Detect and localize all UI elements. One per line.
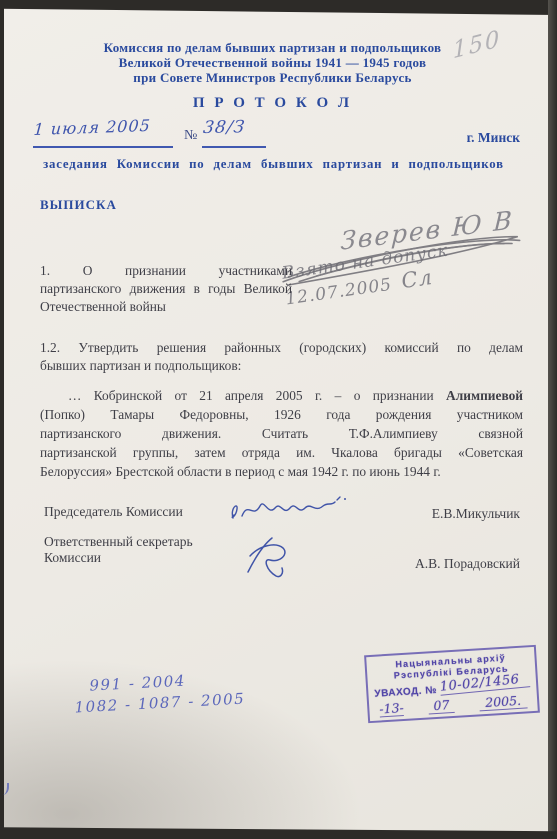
letterhead-line-2: Великой Отечественной войны 1941 — 1945 … [28, 55, 517, 70]
secretary-signature [238, 530, 310, 580]
decision-line4: партизанской группы, затем отряда им. Чк… [40, 443, 523, 462]
clause-1-2: 1.2. Утвердить решения районных (городск… [40, 339, 523, 375]
protocol-date-field: 1 июля 2005 [33, 120, 173, 148]
scan-edge-left [0, 0, 4, 839]
scanned-document-page: Комиссия по делам бывших партизан и подп… [0, 0, 557, 839]
chairman-label: Председатель Комиссии [44, 504, 183, 520]
decision-line1: … Кобринской от 21 апреля 2005 г. – о пр… [40, 386, 523, 405]
protocol-date-handwritten: 1 июля 2005 [33, 115, 174, 139]
agenda-item-1-line2: партизанского движения в годы Великой [40, 280, 292, 298]
protocol-number-handwritten: 38/З [202, 117, 268, 138]
scan-edge-right [548, 0, 557, 839]
recognized-person-name: Алимпиевой [446, 388, 523, 403]
letterhead-line-1: Комиссия по делам бывших партизан и подп… [28, 40, 517, 55]
document-title: П Р О Т О К О Л [28, 95, 517, 112]
clause-1-2-line2: бывших партизан и подпольщиков: [40, 357, 523, 375]
decision-paragraph: … Кобринской от 21 апреля 2005 г. – о пр… [40, 386, 523, 481]
document-subtitle: заседания Комиссии по делам бывших парти… [28, 157, 519, 172]
scan-edge-bottom [0, 824, 557, 839]
pencil-annotation-note: Взято на допуск 12.07.2005Сл [280, 239, 453, 312]
decision-line5: Белоруссия» Брестской области в период с… [40, 462, 523, 481]
decision-line2: (Попко) Тамары Федоровны, 1926 года рожд… [40, 405, 523, 424]
clause-1-2-line1: 1.2. Утвердить решения районных (городск… [40, 339, 523, 357]
decision-line3: партизанского движения. Считать Т.Ф.Алим… [40, 424, 523, 443]
stamp-date-month: 07 [428, 697, 455, 715]
stamp-date-year: 2005. [479, 692, 528, 711]
number-sign: № [184, 128, 197, 144]
scan-edge-top [0, 0, 557, 15]
agenda-item-1-line1: 1. О признании участниками [40, 262, 292, 280]
archive-entry-stamp: Нацыянальны архіў Рэспублікі Беларусь УВ… [364, 645, 540, 723]
city-label: г. Минск [467, 130, 520, 146]
agenda-item-1: 1. О признании участниками партизанского… [40, 262, 292, 316]
chairman-signature [225, 492, 350, 530]
left-edge-pen-mark [0, 783, 9, 795]
secretary-name: А.В. Порадовский [415, 556, 520, 572]
letterhead-line-3: при Совете Министров Республики Беларусь [28, 70, 517, 85]
extract-heading: ВЫПИСКА [40, 197, 117, 213]
stamp-date-day: -13- [379, 700, 404, 717]
agenda-item-1-line3: Отечественной войны [40, 298, 292, 316]
pen-file-numbers: 991 - 2004 1082 - 1087 - 2005 [73, 668, 246, 719]
chairman-name: Е.В.Микульчик [432, 506, 520, 522]
secretary-label-line2: Комиссии [44, 550, 101, 566]
secretary-label-line1: Ответственный секретарь [44, 534, 193, 550]
protocol-number-field: 38/З [202, 118, 266, 148]
letterhead: Комиссия по делам бывших партизан и подп… [28, 40, 517, 85]
